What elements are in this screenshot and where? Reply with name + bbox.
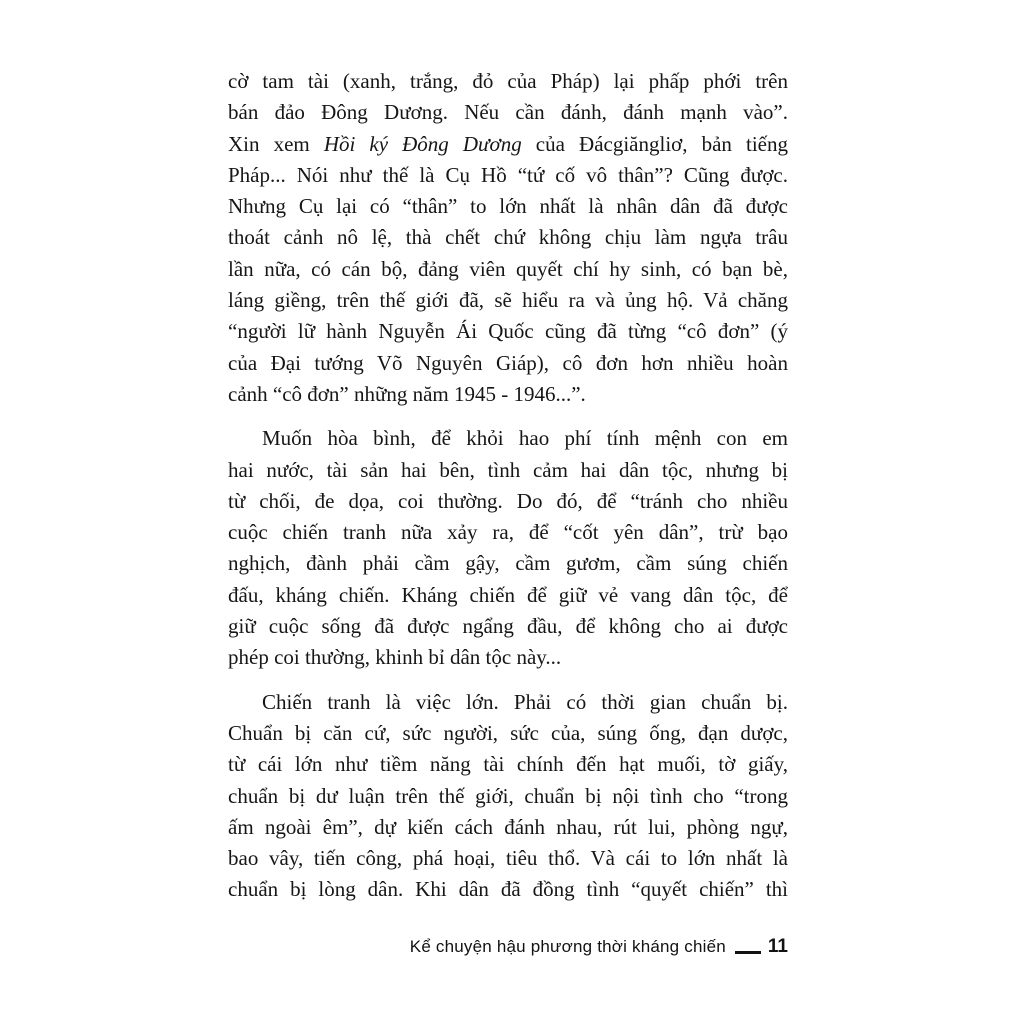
text-segment: bán đảo Đông Dương. Nếu cần đánh, đánh m… (228, 100, 788, 124)
text-segment: cuộc chiến tranh nữa xảy ra, để “cốt yên… (228, 520, 788, 544)
text-line: Xin xem Hồi ký Đông Dương của Đácgiăngli… (228, 129, 788, 160)
text-line: lần nữa, có cán bộ, đảng viên quyết chí … (228, 254, 788, 285)
text-line: ấm ngoài êm”, dự kiến cách đánh nhau, rú… (228, 812, 788, 843)
text-line: bán đảo Đông Dương. Nếu cần đánh, đánh m… (228, 97, 788, 128)
text-segment: nghịch, đành phải cầm gậy, cầm gươm, cầm… (228, 551, 788, 575)
text-line: thoát cảnh nô lệ, thà chết chứ không chị… (228, 222, 788, 253)
paragraph: cờ tam tài (xanh, trắng, đỏ của Pháp) lạ… (228, 66, 788, 410)
paragraph: Muốn hòa bình, để khỏi hao phí tính mệnh… (228, 423, 788, 673)
text-segment: cảnh “cô đơn” những năm 1945 - 1946...”. (228, 382, 586, 406)
text-segment: đấu, kháng chiến. Kháng chiến để giữ vẻ … (228, 583, 788, 607)
text-line: đấu, kháng chiến. Kháng chiến để giữ vẻ … (228, 580, 788, 611)
text-segment: bao vây, tiến công, phá hoại, tiêu thổ. … (228, 846, 788, 870)
text-segment: phép coi thường, khinh bỉ dân tộc này... (228, 645, 561, 669)
text-line: của Đại tướng Võ Nguyên Giáp), cô đơn hơ… (228, 348, 788, 379)
text-line: cảnh “cô đơn” những năm 1945 - 1946...”. (228, 379, 788, 410)
italic-book-title: Hồi ký Đông Dương (324, 132, 522, 156)
text-segment: hai nước, tài sản hai bên, tình cảm hai … (228, 458, 788, 482)
text-segment: của Đại tướng Võ Nguyên Giáp), cô đơn hơ… (228, 351, 788, 375)
text-line: Nhưng Cụ lại có “thân” to lớn nhất là nh… (228, 191, 788, 222)
text-line: “người lữ hành Nguyễn Ái Quốc cũng đã từ… (228, 316, 788, 347)
running-title: Kể chuyện hậu phương thời kháng chiến (410, 937, 726, 957)
text-line: nghịch, đành phải cầm gậy, cầm gươm, cầm… (228, 548, 788, 579)
text-line: chuẩn bị lòng dân. Khi dân đã đồng tình … (228, 874, 788, 905)
body-text: cờ tam tài (xanh, trắng, đỏ của Pháp) lạ… (228, 66, 788, 906)
text-segment: Muốn hòa bình, để khỏi hao phí tính mệnh… (262, 426, 788, 450)
text-segment: Chuẩn bị căn cứ, sức người, sức của, sún… (228, 721, 788, 745)
text-segment: láng giềng, trên thế giới đã, sẽ hiểu ra… (228, 288, 788, 312)
page-footer: Kể chuyện hậu phương thời kháng chiến 11 (228, 936, 788, 958)
text-line: láng giềng, trên thế giới đã, sẽ hiểu ra… (228, 285, 788, 316)
text-segment: Xin xem (228, 132, 324, 156)
text-line: Chiến tranh là việc lớn. Phải có thời gi… (228, 687, 788, 718)
text-line: Chuẩn bị căn cứ, sức người, sức của, sún… (228, 718, 788, 749)
text-line: từ cái lớn như tiềm năng tài chính đến h… (228, 749, 788, 780)
text-segment: Nhưng Cụ lại có “thân” to lớn nhất là nh… (228, 194, 788, 218)
text-line: cờ tam tài (xanh, trắng, đỏ của Pháp) lạ… (228, 66, 788, 97)
text-line: hai nước, tài sản hai bên, tình cảm hai … (228, 455, 788, 486)
text-segment: thoát cảnh nô lệ, thà chết chứ không chị… (228, 225, 788, 249)
text-segment: từ cái lớn như tiềm năng tài chính đến h… (228, 752, 788, 776)
paragraph: Chiến tranh là việc lớn. Phải có thời gi… (228, 687, 788, 906)
text-segment: lần nữa, có cán bộ, đảng viên quyết chí … (228, 257, 788, 281)
text-line: Pháp... Nói như thế là Cụ Hồ “tứ cố vô t… (228, 160, 788, 191)
text-segment: Pháp... Nói như thế là Cụ Hồ “tứ cố vô t… (228, 163, 788, 187)
text-segment: giữ cuộc sống đã được ngẩng đầu, để khôn… (228, 614, 788, 638)
text-segment: “người lữ hành Nguyễn Ái Quốc cũng đã từ… (228, 319, 788, 343)
page-number: 11 (768, 936, 788, 958)
text-line: cuộc chiến tranh nữa xảy ra, để “cốt yên… (228, 517, 788, 548)
text-line: giữ cuộc sống đã được ngẩng đầu, để khôn… (228, 611, 788, 642)
book-page: cờ tam tài (xanh, trắng, đỏ của Pháp) lạ… (0, 0, 1024, 1024)
footer-dash (735, 951, 761, 954)
text-segment: từ chối, đe dọa, coi thường. Do đó, để “… (228, 489, 788, 513)
text-line: từ chối, đe dọa, coi thường. Do đó, để “… (228, 486, 788, 517)
text-line: chuẩn bị dư luận trên thế giới, chuẩn bị… (228, 781, 788, 812)
text-line: bao vây, tiến công, phá hoại, tiêu thổ. … (228, 843, 788, 874)
text-line: phép coi thường, khinh bỉ dân tộc này... (228, 642, 788, 673)
text-line: Muốn hòa bình, để khỏi hao phí tính mệnh… (228, 423, 788, 454)
text-segment: của Đácgiăngliơ, bản tiếng (522, 132, 788, 156)
text-segment: Chiến tranh là việc lớn. Phải có thời gi… (262, 690, 788, 714)
text-segment: chuẩn bị lòng dân. Khi dân đã đồng tình … (228, 877, 788, 901)
text-segment: chuẩn bị dư luận trên thế giới, chuẩn bị… (228, 784, 788, 808)
text-segment: ấm ngoài êm”, dự kiến cách đánh nhau, rú… (228, 815, 788, 839)
text-segment: cờ tam tài (xanh, trắng, đỏ của Pháp) lạ… (228, 69, 788, 93)
